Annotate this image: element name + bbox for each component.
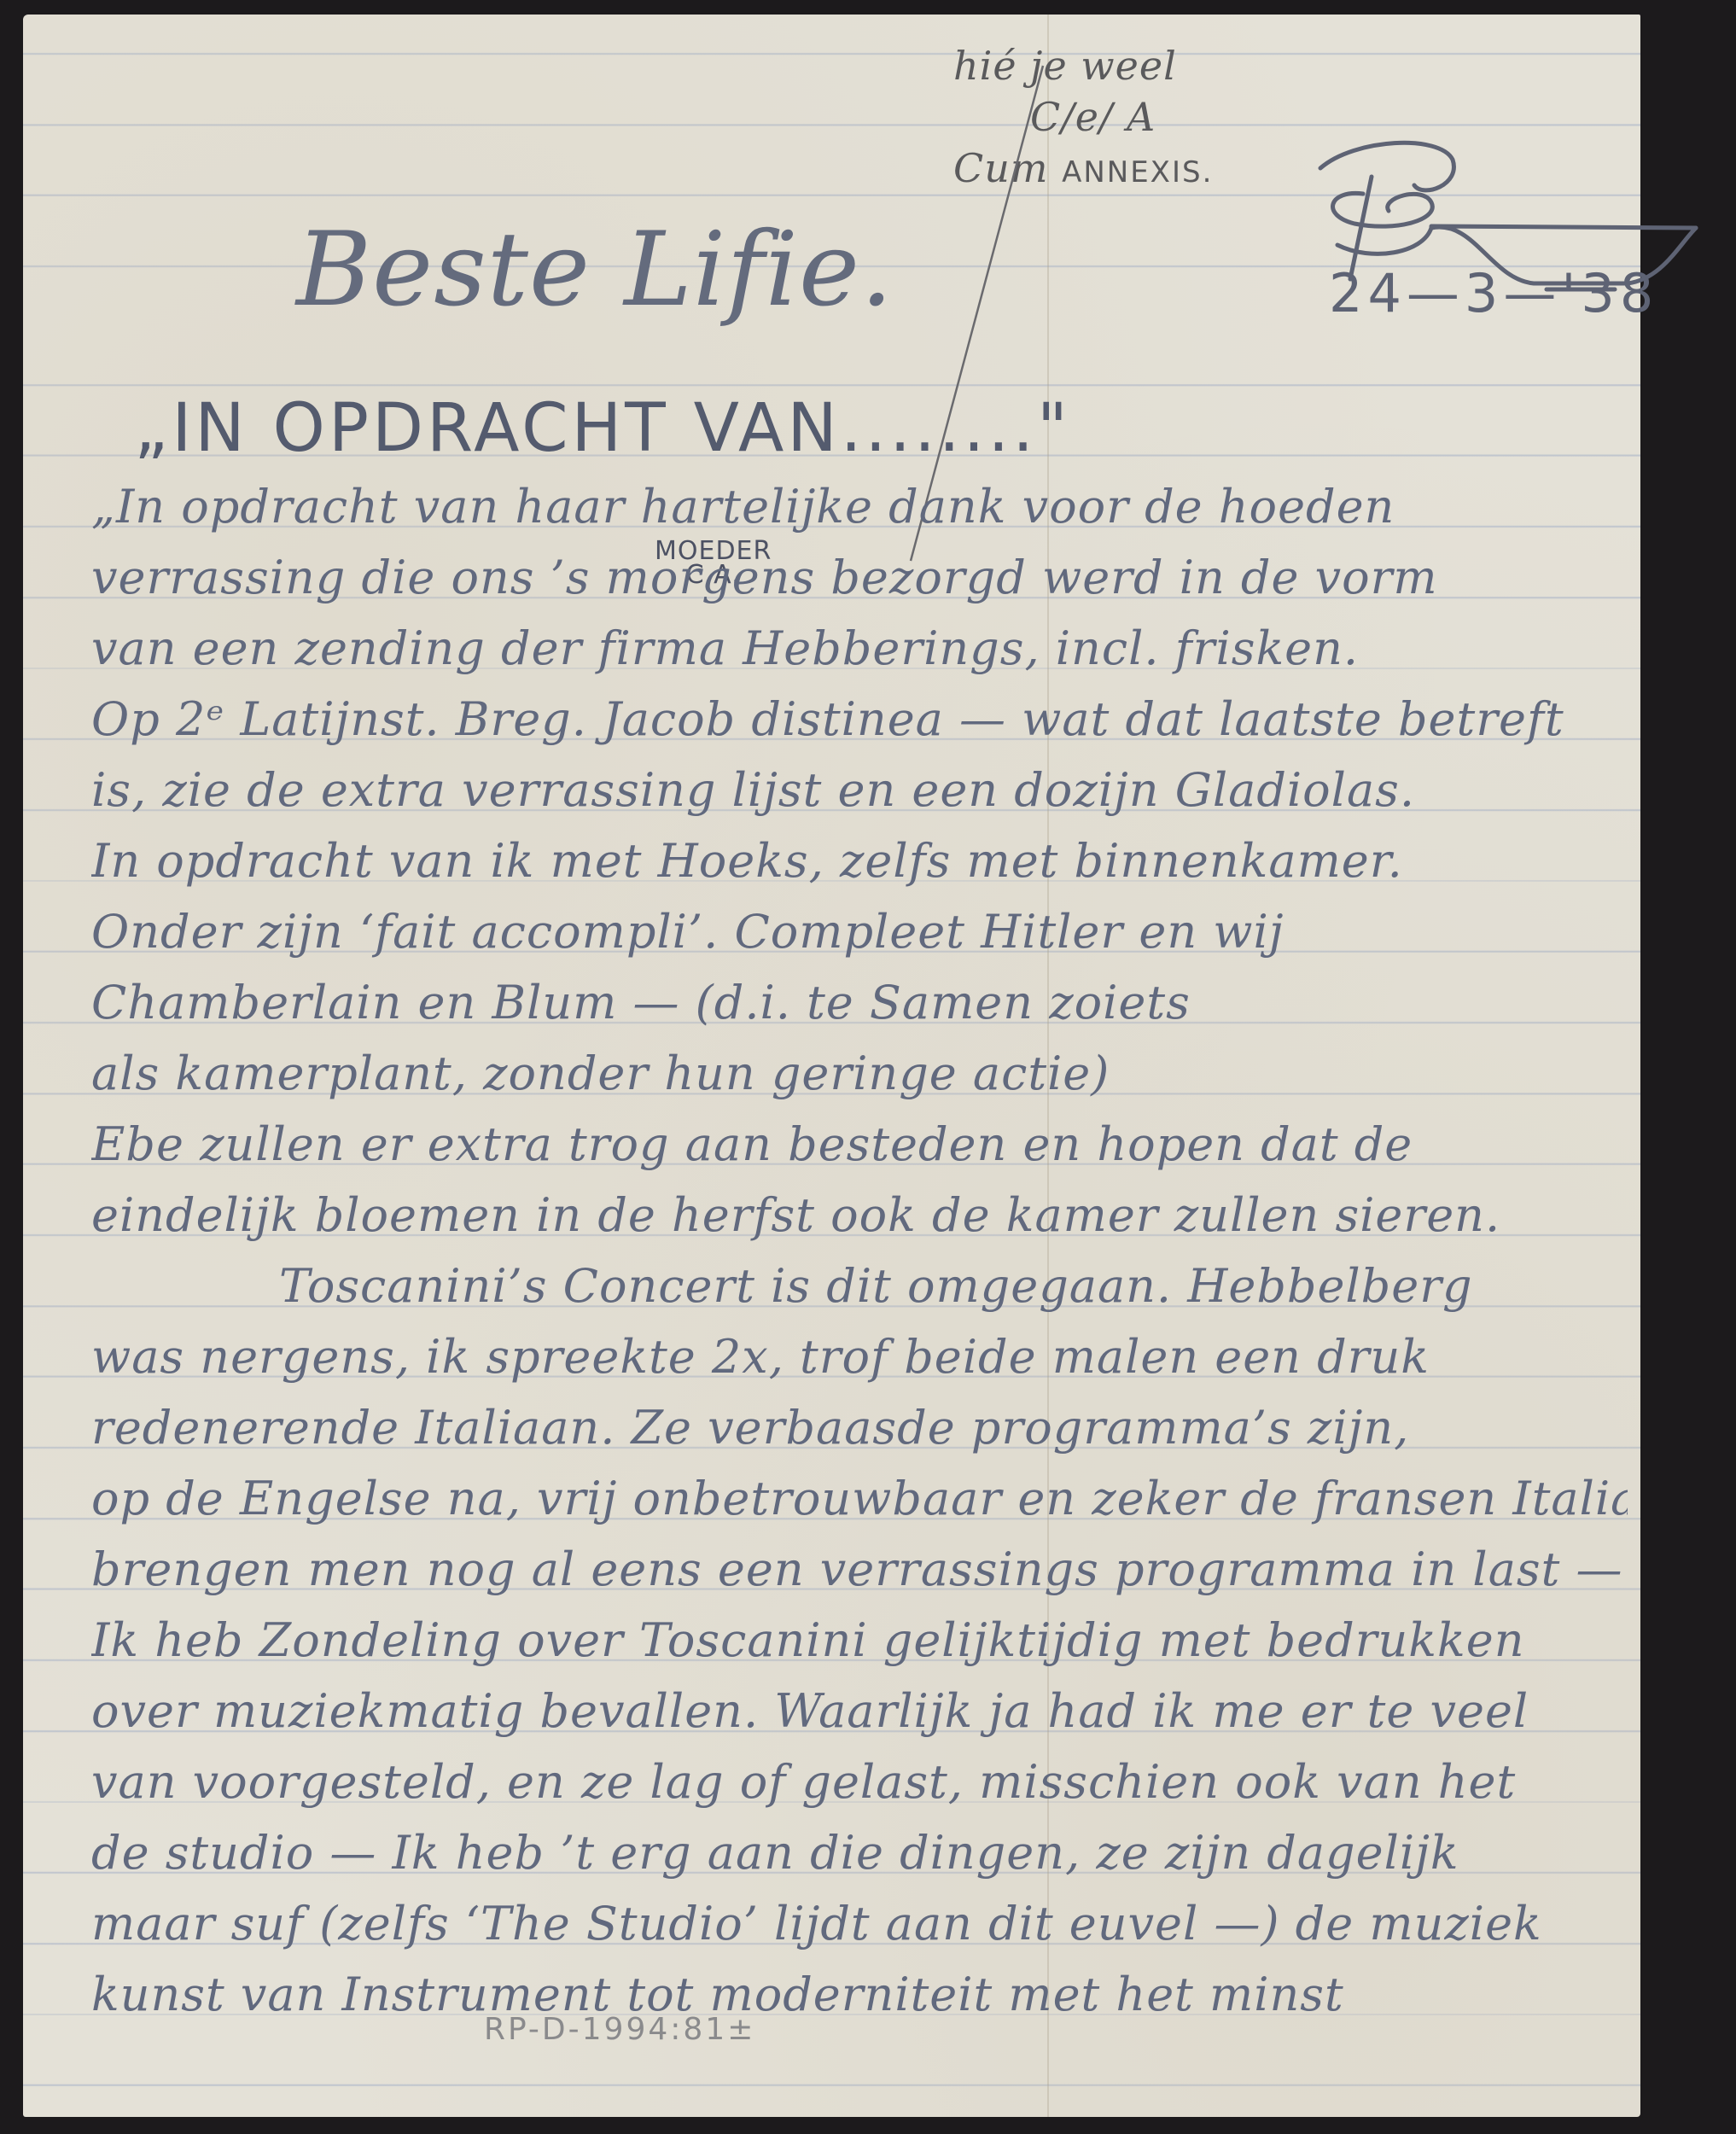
body-line: Onder zijn ‘fait accompli’. Compleet Hit… bbox=[91, 896, 1628, 967]
salutation: Beste Lifie. bbox=[296, 211, 894, 329]
body-line: Toscanini’s Concert is dit omgegaan. Heb… bbox=[91, 1251, 1628, 1321]
body-line: „In opdracht van haar hartelijke dank vo… bbox=[91, 471, 1628, 542]
body-line: eindelijk bloemen in de herfst ook de ka… bbox=[91, 1180, 1628, 1251]
body-line: was nergens, ik spreekte 2x, trof beide … bbox=[91, 1321, 1628, 1392]
body-line: In opdracht van ik met Hoeks, zelfs met … bbox=[91, 825, 1628, 896]
body-line: verrassing die ons ’s morgens bezorgd we… bbox=[91, 542, 1628, 613]
archive-reference-number: RP-D-1994:81± bbox=[484, 2012, 755, 2047]
body-line: over muziekmatig bevallen. Waarlijk ja h… bbox=[91, 1676, 1628, 1746]
body-line: de studio — Ik heb ’t erg aan die dingen… bbox=[91, 1817, 1628, 1888]
body-line: als kamerplant, zonder hun geringe actie… bbox=[91, 1038, 1628, 1109]
letter-body: „In opdracht van haar hartelijke dank vo… bbox=[91, 471, 1628, 2030]
letter-sheet: hié je weel C/e/ A Cum ANNEXIS. Beste Li… bbox=[23, 15, 1640, 2117]
body-line: maar suf (zelfs ‘The Studio’ lijdt aan d… bbox=[91, 1888, 1628, 1959]
body-line: redenerende Italiaan. Ze verbaasde progr… bbox=[91, 1392, 1628, 1463]
body-line: Ik heb Zondeling over Toscanini gelijkti… bbox=[91, 1605, 1628, 1676]
letter-date: 24—3—'38 bbox=[1329, 262, 1658, 324]
body-line: van een zending der firma Hebberings, in… bbox=[91, 613, 1628, 684]
body-line: is, zie de extra verrassing lijst en een… bbox=[91, 755, 1628, 825]
body-line: brengen men nog al eens een verrassings … bbox=[91, 1534, 1628, 1605]
body-line: Chamberlain en Blum — (d.i. te Samen zoi… bbox=[91, 967, 1628, 1038]
body-line: van voorgesteld, en ze lag of gelast, mi… bbox=[91, 1746, 1628, 1817]
letter-heading: „IN OPDRACHT VAN........" bbox=[134, 390, 1071, 467]
body-line: kunst van Instrument tot moderniteit met… bbox=[91, 1959, 1628, 2030]
body-line: Op 2ᵉ Latijnst. Breg. Jacob distinea — w… bbox=[91, 684, 1628, 755]
body-line: op de Engelse na, vrij onbetrouwbaar en … bbox=[91, 1463, 1628, 1534]
body-line: Ebe zullen er extra trog aan besteden en… bbox=[91, 1109, 1628, 1180]
